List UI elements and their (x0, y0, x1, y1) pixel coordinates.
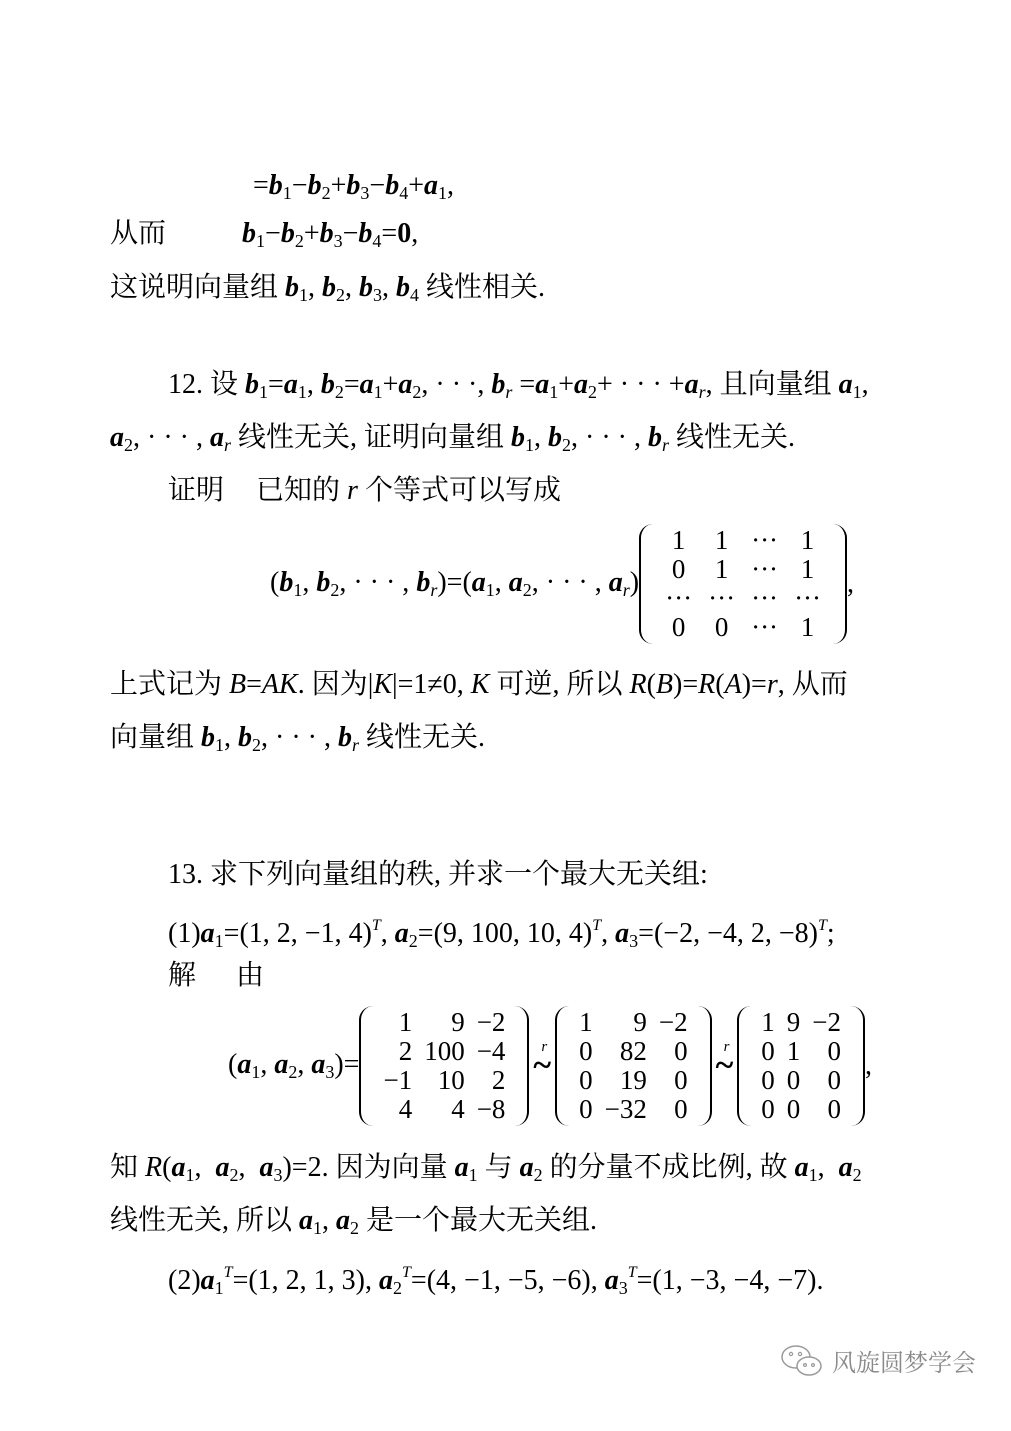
conclusion-line: 这说明向量组 b1, b2, b3, b4 线性相关. (110, 270, 545, 313)
problem-12-statement: 12. 设 b1=a1, b2=a1+a2, · · ·, br =a1+a2+… (168, 367, 869, 410)
equation-line-1: =b1−b2+b3−b4+a1, (253, 168, 454, 211)
watermark: 风旋圆梦学会 (780, 1343, 976, 1378)
proof-label: 证明 (168, 475, 224, 506)
right-paren (849, 1006, 865, 1126)
problem-number: 13. (168, 859, 203, 890)
equation-line-2: 从而 b1−b2+b3−b4=0, (110, 216, 418, 259)
equation-lhs: (b1, b2, · · · , br)=(a1, a2, · · · , ar… (270, 567, 639, 601)
right-paren (696, 1006, 712, 1126)
matrix-equation-12: (b1, b2, · · · , br)=(a1, a2, · · · , ar… (270, 524, 854, 644)
problem-12-statement-cont: a2, · · · , ar 线性无关, 证明向量组 b1, b2, · · ·… (110, 420, 795, 463)
row-equivalence-symbol: ~r (716, 1047, 734, 1085)
watermark-text: 风旋圆梦学会 (832, 1343, 976, 1378)
right-paren (513, 1006, 529, 1126)
problem-13-conclusion-cont: 线性无关, 所以 a1, a2 是一个最大无关组. (110, 1203, 597, 1246)
problem-13-part2: (2)a1T=(1, 2, 1, 3), a2T=(4, −1, −5, −6)… (168, 1255, 823, 1306)
matrix-k: 11···1 01···1 ············ 00···1 (657, 526, 829, 642)
left-paren (555, 1006, 571, 1126)
matrix-lhs: (a1, a2, a3)= (228, 1049, 359, 1083)
solution-label: 解 (168, 960, 196, 991)
left-paren (737, 1006, 753, 1126)
problem-13-conclusion: 知 R(a1, a2, a3)=2. 因为向量 a1 与 a2 的分量不成比例,… (110, 1150, 862, 1193)
solution-intro: 解 由 (168, 958, 264, 994)
wechat-icon (780, 1344, 824, 1378)
problem-13-statement: 13. 求下列向量组的秩, 并求一个最大无关组: (168, 857, 708, 893)
left-paren (639, 524, 655, 644)
problem-13-part1: (1)a1=(1, 2, −1, 4)T, a2=(9, 100, 10, 4)… (168, 908, 835, 959)
matrix-3: 19−2 010 000 000 (755, 1008, 847, 1124)
problem-12-conclusion-cont: 向量组 b1, b2, · · · , br 线性无关. (110, 720, 485, 763)
problem-12-conclusion: 上式记为 B=AK. 因为|K|=1≠0, K 可逆, 所以 R(B)=R(A)… (110, 667, 848, 703)
left-paren (359, 1006, 375, 1126)
right-paren (831, 524, 847, 644)
problem-number: 12. (168, 369, 203, 400)
matrix-2: 19−2 0820 0190 0−320 (573, 1008, 693, 1124)
proof-intro: 证明 已知的 r 个等式可以写成 (168, 473, 561, 509)
matrix-equation-13: (a1, a2, a3)= 19−2 2100−4 −1102 44−8 ~r … (228, 1006, 872, 1126)
conjunction-label: 从而 (110, 218, 166, 249)
row-equivalence-symbol: ~r (533, 1047, 551, 1085)
matrix-1: 19−2 2100−4 −1102 44−8 (377, 1008, 511, 1124)
